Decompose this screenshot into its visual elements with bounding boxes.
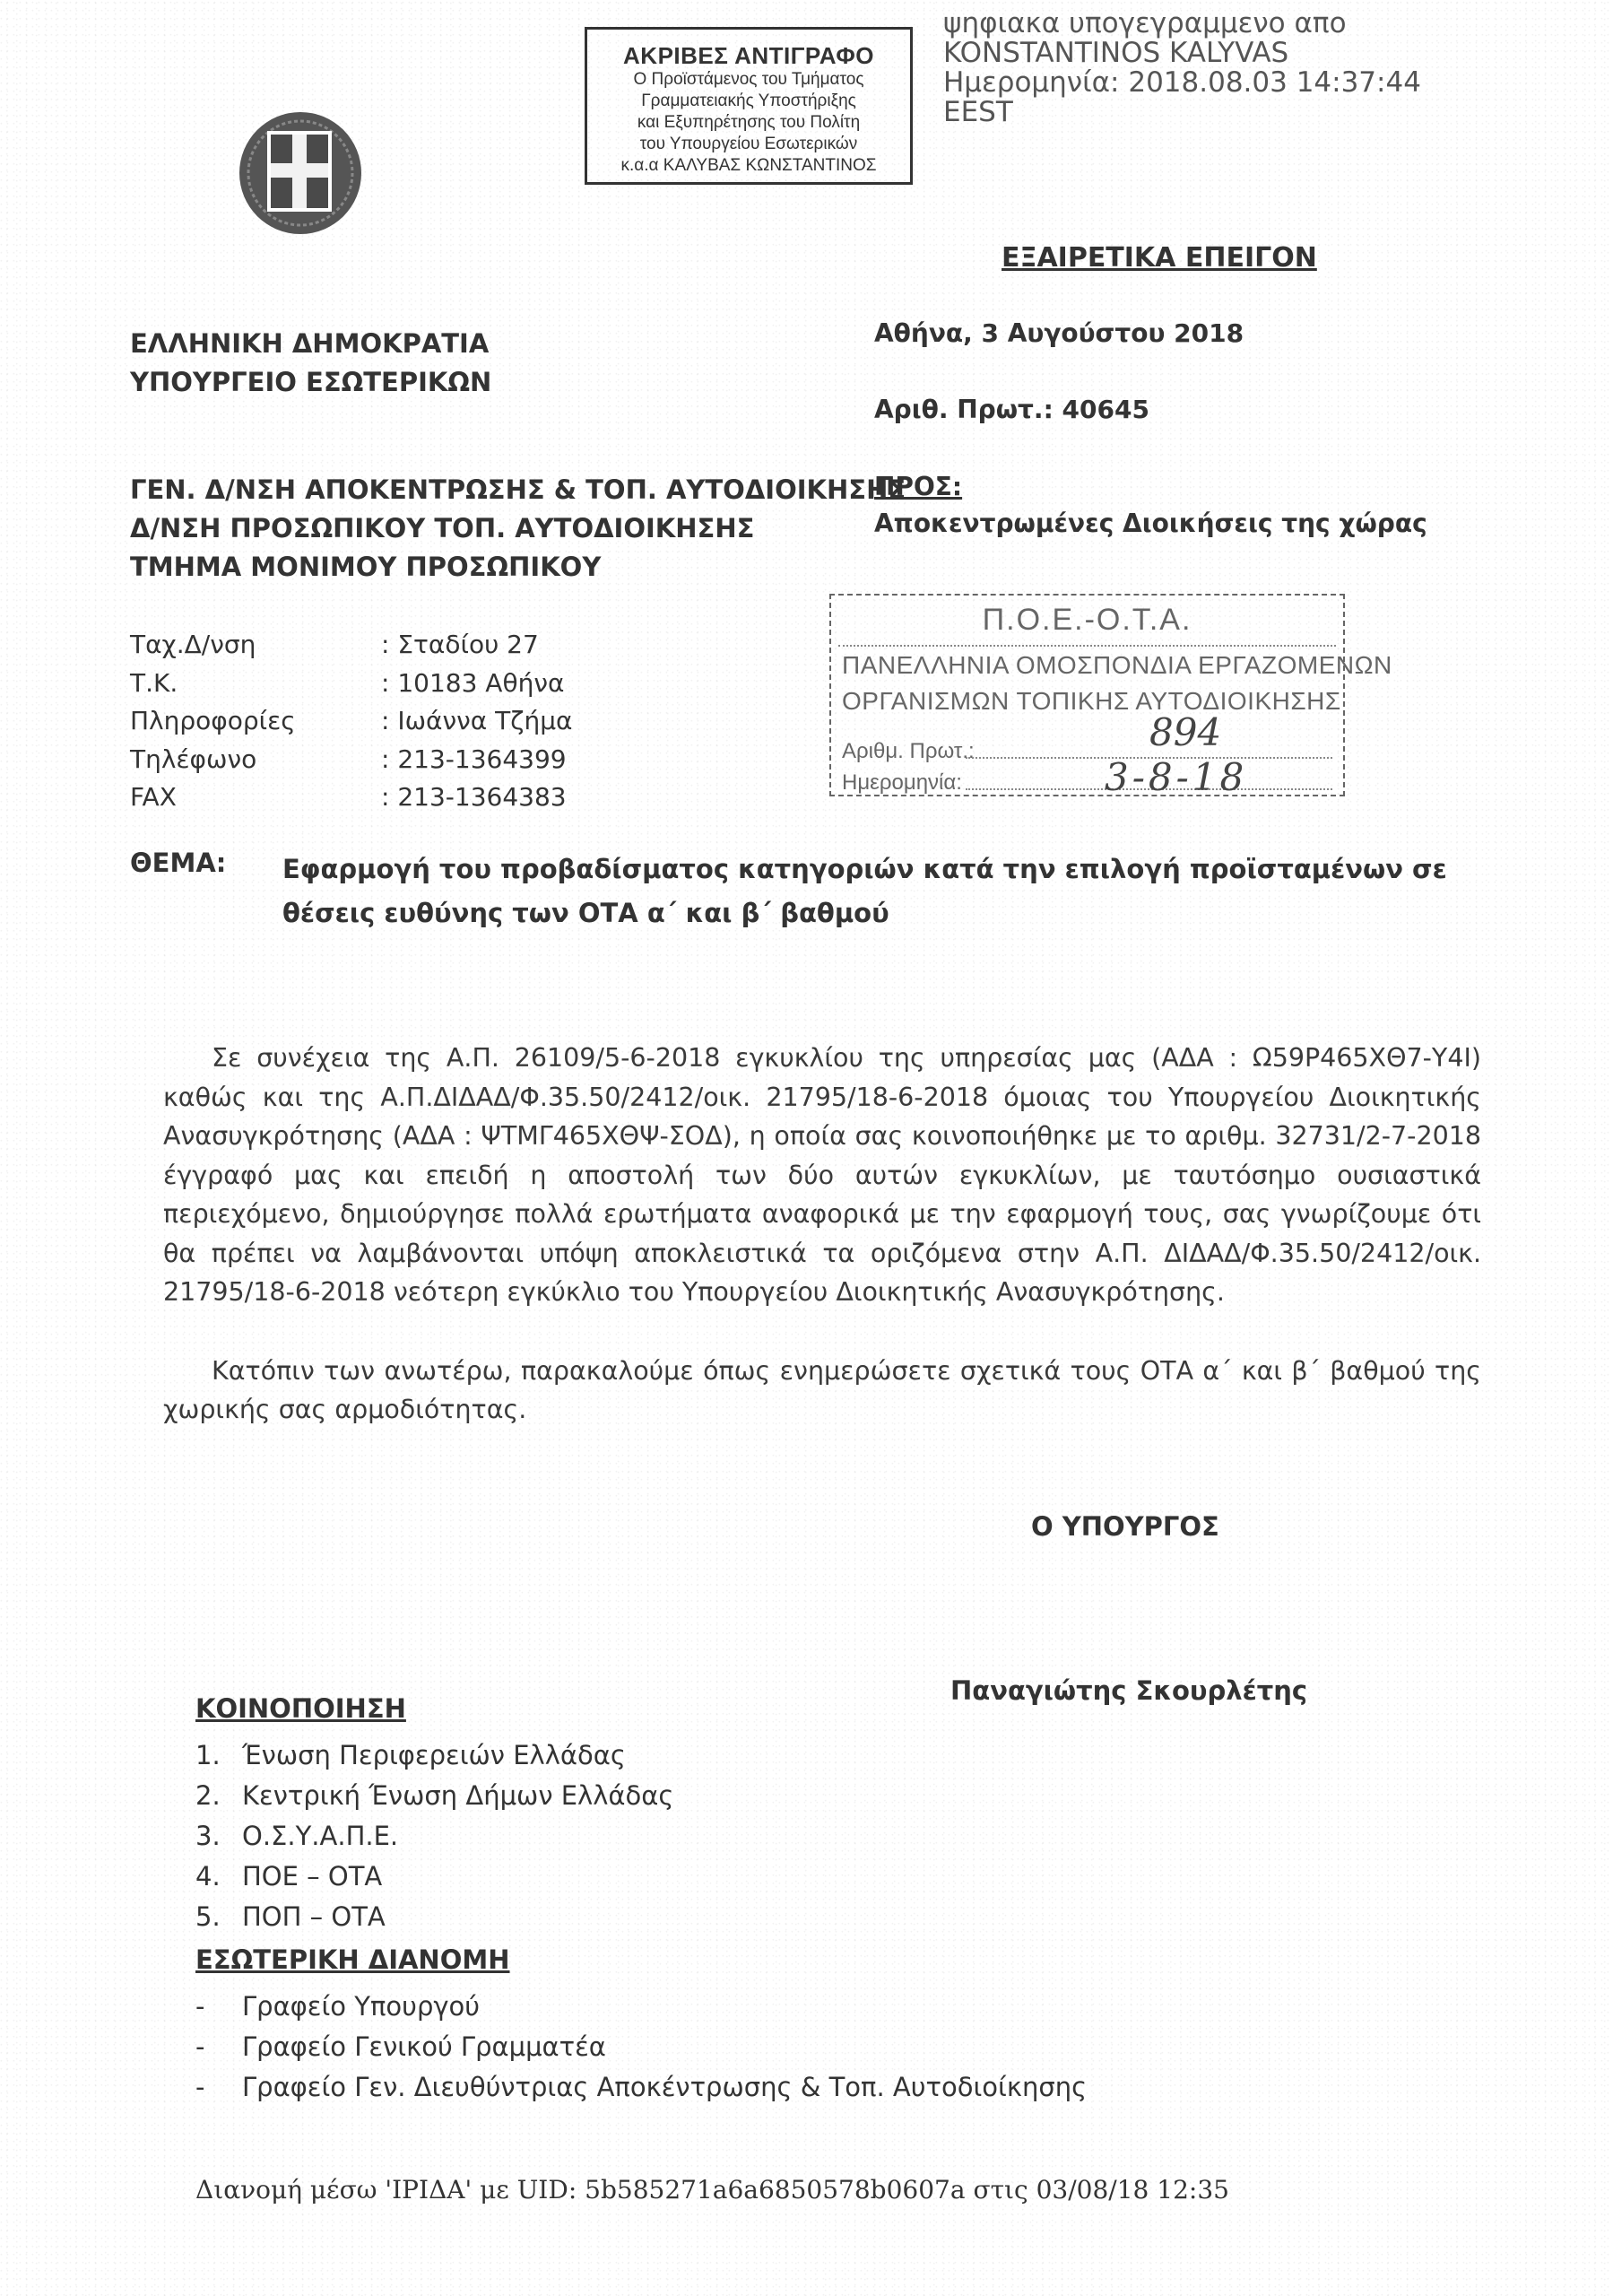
item-number: 5.: [195, 1897, 242, 1937]
signatory-name: Παναγιώτης Σκουρλέτης: [950, 1675, 1307, 1706]
distribution-item: -Γραφείο Γεν. Διευθύντριας Αποκέντρωσης …: [195, 2067, 1087, 2108]
signatory-title: Ο ΥΠΟΥΡΓΟΣ: [1031, 1511, 1219, 1542]
department-line: Δ/ΝΣΗ ΠΡΟΣΩΠΙΚΟΥ ΤΟΠ. ΑΥΤΟΔΙΟΙΚΗΣΗΣ: [130, 509, 906, 548]
digital-signature-signer: KONSTANTINOS KALYVAS: [943, 39, 1421, 68]
receipt-stamp-org-abbr: Π.Ο.Ε.-Ο.Τ.Α.: [831, 603, 1343, 638]
item-text: Γραφείο Υπουργού: [242, 1991, 480, 2022]
issuer-block: ΕΛΛΗΝΙΚΗ ΔΗΜΟΚΡΑΤΙΑ ΥΠΟΥΡΓΕΙΟ ΕΣΩΤΕΡΙΚΩΝ: [130, 325, 491, 402]
receipt-stamp-date-label: Ημερομηνία:: [842, 770, 962, 796]
receipt-stamp-date-value: 3-8-18: [1105, 755, 1247, 799]
distribution-item: -Γραφείο Γενικού Γραμματέα: [195, 2027, 1087, 2067]
receipt-stamp-protocol-label: Αριθμ. Πρωτ.:: [842, 739, 975, 764]
issuer-country: ΕΛΛΗΝΙΚΗ ΔΗΜΟΚΡΑΤΙΑ: [130, 325, 491, 363]
internal-distribution-title: ΕΣΩΤΕΡΙΚΗ ΔΙΑΝΟΜΗ: [195, 1944, 509, 1975]
notification-item: 5.ΠΟΠ – ΟΤΑ: [195, 1897, 673, 1937]
digital-signature-line: ψηφιακα υπογεγραμμενο απο: [943, 9, 1421, 39]
notification-list: 1.Ένωση Περιφερειών Ελλάδας 2.Κεντρική Έ…: [195, 1735, 673, 1937]
item-text: Γραφείο Γεν. Διευθύντριας Αποκέντρωσης &…: [242, 2072, 1087, 2102]
contact-row: FAX: 213-1364383: [130, 778, 573, 817]
contact-row: Τηλέφωνο: 213-1364399: [130, 741, 573, 779]
notification-item: 3.Ο.Σ.Υ.Α.Π.Ε.: [195, 1816, 673, 1857]
bullet: -: [195, 2067, 242, 2108]
contact-row: Πληροφορίες: Ιωάννα Τζήμα: [130, 702, 573, 741]
notification-item: 1.Ένωση Περιφερειών Ελλάδας: [195, 1735, 673, 1776]
contact-value: : Ιωάννα Τζήμα: [381, 702, 573, 741]
notification-item: 4.ΠΟΕ – ΟΤΑ: [195, 1857, 673, 1897]
copy-stamp-line: κ.α.α ΚΑΛΥΒΑΣ ΚΩΝΣΤΑΝΤΙΝΟΣ: [587, 155, 910, 177]
receipt-stamp-org-line: ΠΑΝΕΛΛΗΝΙΑ ΟΜΟΣΠΟΝΔΙΑ ΕΡΓΑΖΟΜΕΝΩΝ: [842, 651, 1392, 680]
contact-row: Τ.Κ.: 10183 Αθήνα: [130, 665, 573, 703]
letter-body: Σε συνέχεια της Α.Π. 26109/5-6-2018 εγκυ…: [163, 1039, 1481, 1430]
contact-value: : 213-1364399: [381, 741, 567, 779]
contact-info: Ταχ.Δ/νση: Σταδίου 27 Τ.Κ.: 10183 Αθήνα …: [130, 626, 573, 817]
item-text: Γραφείο Γενικού Γραμματέα: [242, 2031, 606, 2062]
receipt-stamp-divider: [838, 645, 1336, 647]
body-paragraph: Κατόπιν των ανωτέρω, παρακαλούμε όπως εν…: [163, 1352, 1481, 1430]
subject-label: ΘΕΜΑ:: [130, 848, 226, 878]
bullet: -: [195, 1987, 242, 2027]
protocol-number: Αριθ. Πρωτ.: 40645: [874, 395, 1149, 424]
item-text: Κεντρική Ένωση Δήμων Ελλάδας: [242, 1780, 673, 1811]
distribution-footer: Διανομή μέσω 'ΙΡΙΔΑ' με UID: 5b585271a6a…: [195, 2175, 1229, 2205]
body-paragraph: Σε συνέχεια της Α.Π. 26109/5-6-2018 εγκυ…: [163, 1039, 1481, 1312]
distribution-item: -Γραφείο Υπουργού: [195, 1987, 1087, 2027]
item-number: 1.: [195, 1735, 242, 1776]
subject-line: θέσεις ευθύνης των ΟΤΑ α΄ και β΄ βαθμού: [282, 891, 1447, 935]
contact-label: FAX: [130, 778, 381, 817]
contact-label: Πληροφορίες: [130, 702, 381, 741]
copy-stamp-title: ΑΚΡΙΒΕΣ ΑΝΤΙΓΡΑΦΟ: [587, 42, 910, 69]
item-number: 2.: [195, 1776, 242, 1816]
copy-stamp-line: του Υπουργείου Εσωτερικών: [587, 134, 910, 155]
bullet: -: [195, 2027, 242, 2067]
item-text: Ο.Σ.Υ.Α.Π.Ε.: [242, 1821, 398, 1851]
certified-copy-stamp: ΑΚΡΙΒΕΣ ΑΝΤΙΓΡΑΦΟ Ο Προϊστάμενος του Τμή…: [585, 27, 913, 185]
copy-stamp-line: και Εξυπηρέτησης του Πολίτη: [587, 112, 910, 134]
contact-row: Ταχ.Δ/νση: Σταδίου 27: [130, 626, 573, 665]
contact-label: Τηλέφωνο: [130, 741, 381, 779]
receipt-stamp-org-line: ΟΡΓΑΝΙΣΜΩΝ ΤΟΠΙΚΗΣ ΑΥΤΟΔΙΟΙΚΗΣΗΣ: [842, 687, 1341, 716]
digital-signature-date: Ημερομηνία: 2018.08.03 14:37:44: [943, 68, 1421, 98]
contact-value: : 10183 Αθήνα: [381, 665, 564, 703]
department-line: ΓΕΝ. Δ/ΝΣΗ ΑΠΟΚΕΝΤΡΩΣΗΣ & ΤΟΠ. ΑΥΤΟΔΙΟΙΚ…: [130, 471, 906, 509]
receipt-stamp: Π.Ο.Ε.-Ο.Τ.Α. ΠΑΝΕΛΛΗΝΙΑ ΟΜΟΣΠΟΝΔΙΑ ΕΡΓΑ…: [829, 594, 1345, 796]
receipt-stamp-protocol-value: 894: [1149, 710, 1221, 754]
greek-coat-of-arms-icon: [235, 108, 366, 239]
department-block: ΓΕΝ. Δ/ΝΣΗ ΑΠΟΚΕΝΤΡΩΣΗΣ & ΤΟΠ. ΑΥΤΟΔΙΟΙΚ…: [130, 471, 906, 587]
item-number: 4.: [195, 1857, 242, 1897]
copy-stamp-line: Γραμματειακής Υποστήριξης: [587, 91, 910, 112]
notification-item: 2.Κεντρική Ένωση Δήμων Ελλάδας: [195, 1776, 673, 1816]
item-text: ΠΟΠ – ΟΤΑ: [242, 1901, 386, 1932]
internal-distribution-list: -Γραφείο Υπουργού -Γραφείο Γενικού Γραμμ…: [195, 1987, 1087, 2108]
subject-line: Εφαρμογή του προβαδίσματος κατηγοριών κα…: [282, 848, 1447, 891]
subject-text: Εφαρμογή του προβαδίσματος κατηγοριών κα…: [282, 848, 1447, 935]
issuer-ministry: ΥΠΟΥΡΓΕΙΟ ΕΣΩΤΕΡΙΚΩΝ: [130, 363, 491, 402]
urgency-label: ΕΞΑΙΡΕΤΙΚΑ ΕΠΕΙΓΟΝ: [1002, 242, 1317, 274]
item-text: Ένωση Περιφερειών Ελλάδας: [242, 1740, 626, 1770]
copy-stamp-line: Ο Προϊστάμενος του Τμήματος: [587, 69, 910, 91]
item-text: ΠΟΕ – ΟΤΑ: [242, 1861, 382, 1892]
date-line: Αθήνα, 3 Αυγούστου 2018: [874, 318, 1244, 348]
department-line: ΤΜΗΜΑ ΜΟΝΙΜΟΥ ΠΡΟΣΩΠΙΚΟΥ: [130, 548, 906, 587]
contact-value: : 213-1364383: [381, 778, 567, 817]
notification-title: ΚΟΙΝΟΠΟΙΗΣΗ: [195, 1693, 406, 1724]
item-number: 3.: [195, 1816, 242, 1857]
contact-label: Τ.Κ.: [130, 665, 381, 703]
digital-signature: ψηφιακα υπογεγραμμενο απο KONSTANTINOS K…: [943, 9, 1421, 127]
digital-signature-tz: EEST: [943, 98, 1421, 127]
contact-label: Ταχ.Δ/νση: [130, 626, 381, 665]
recipient-value: Αποκεντρωμένες Διοικήσεις της χώρας: [874, 509, 1427, 538]
contact-value: : Σταδίου 27: [381, 626, 539, 665]
